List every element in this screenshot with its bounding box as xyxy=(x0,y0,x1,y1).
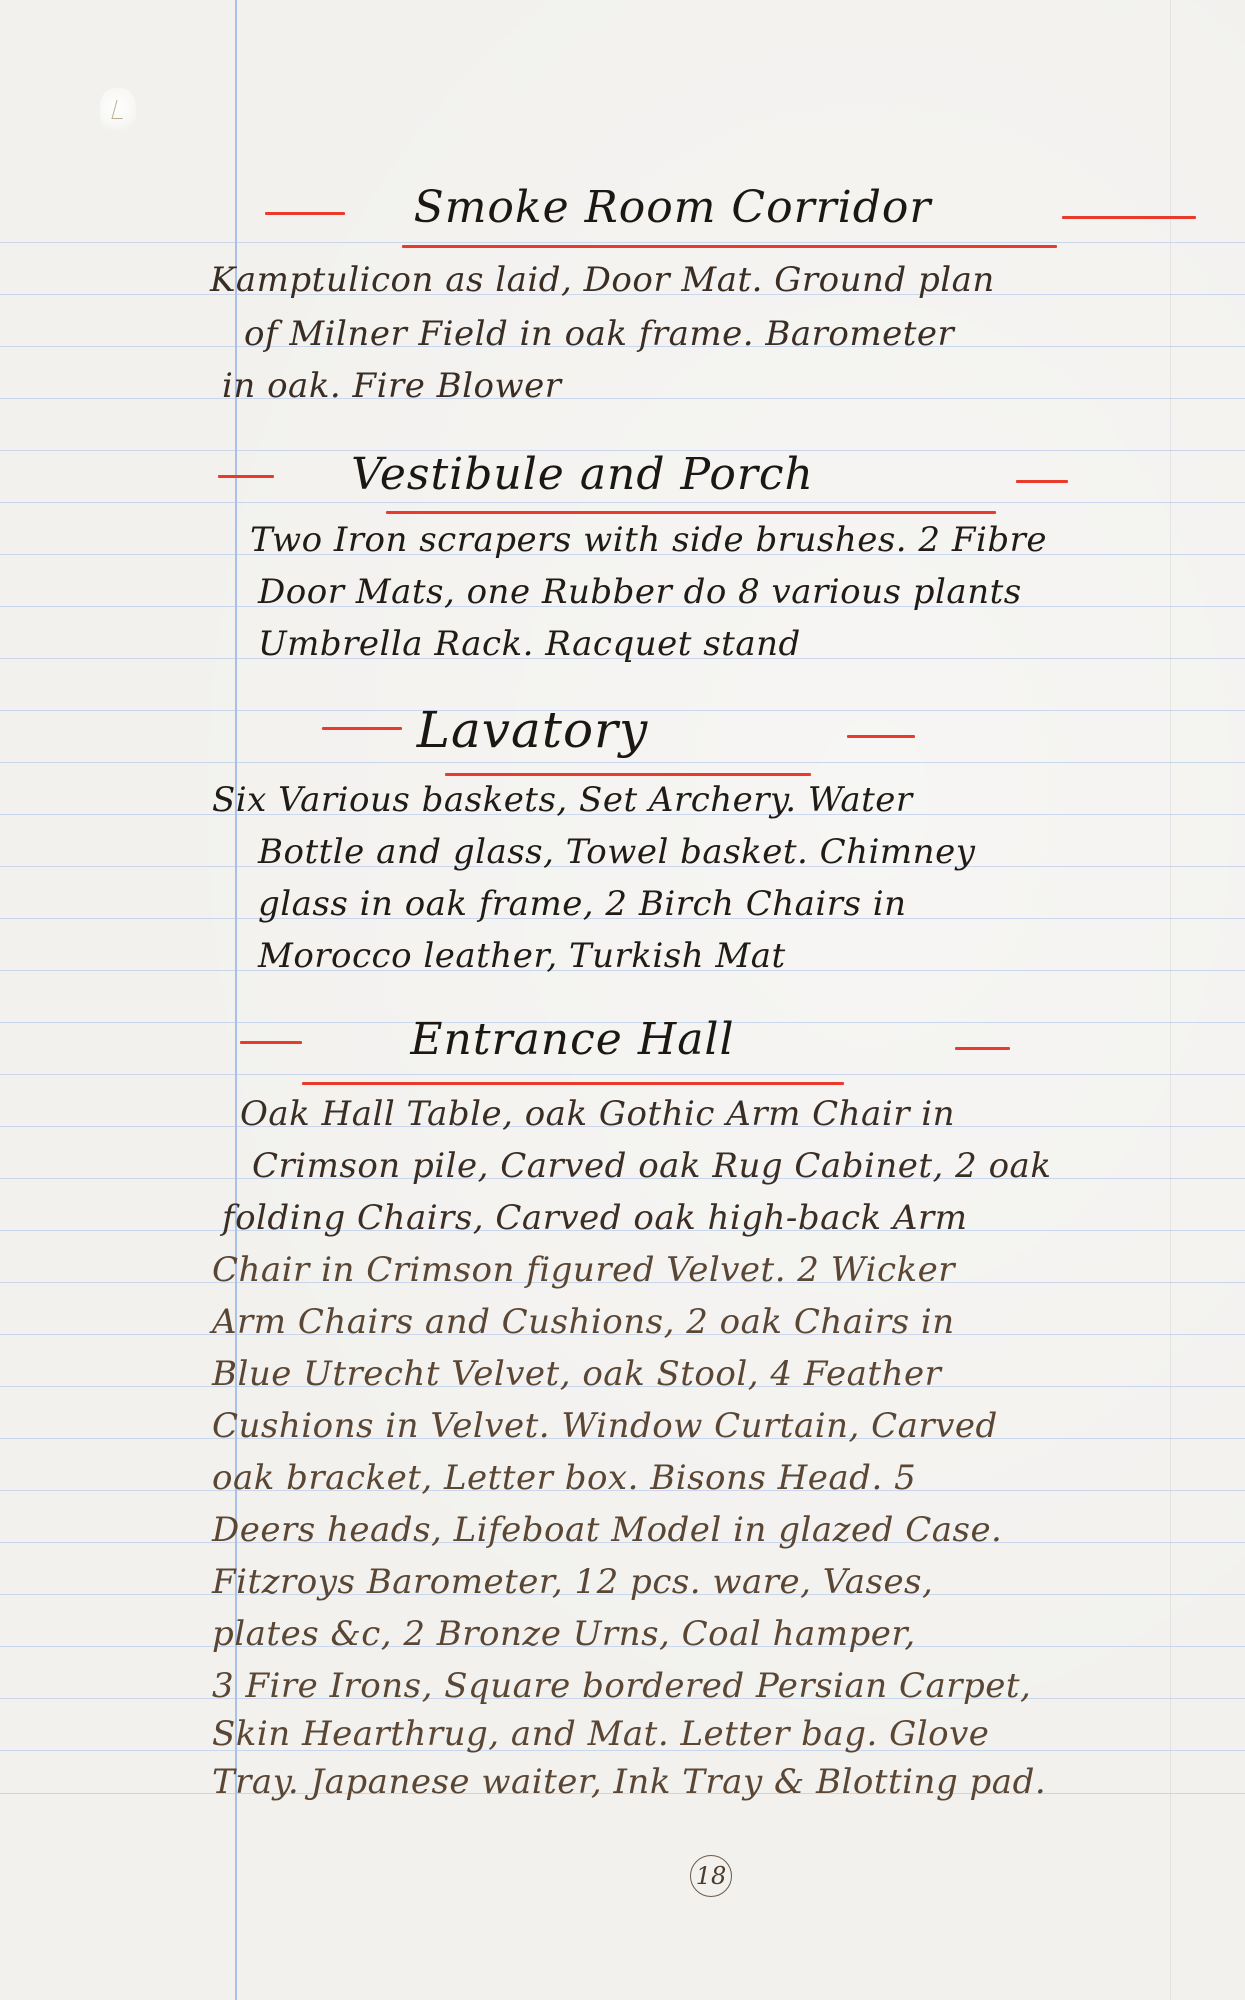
heading-red-rule-right xyxy=(847,735,915,738)
entry-line: Blue Utrecht Velvet, oak Stool, 4 Feathe… xyxy=(212,1352,941,1396)
entry-line: Morocco leather, Turkish Mat xyxy=(258,934,786,978)
entry-line: Bottle and glass, Towel basket. Chimney xyxy=(258,830,975,874)
section-heading-entrance-hall: Entrance Hall xyxy=(0,1010,1245,1090)
entry-line: Cushions in Velvet. Window Curtain, Carv… xyxy=(212,1404,998,1448)
entry-line: Two Iron scrapers with side brushes. 2 F… xyxy=(250,518,1047,562)
entry-line: Umbrella Rack. Racquet stand xyxy=(258,622,801,666)
entry-line: Deers heads, Lifeboat Model in glazed Ca… xyxy=(212,1508,1002,1552)
entry-line: Crimson pile, Carved oak Rug Cabinet, 2 … xyxy=(252,1144,1051,1188)
heading-title: Lavatory xyxy=(0,700,1155,760)
heading-red-rule-right xyxy=(955,1047,1010,1050)
heading-title: Vestibule and Porch xyxy=(0,445,1205,505)
page-fold-line xyxy=(1170,0,1171,2000)
heading-red-rule-right xyxy=(1062,216,1196,219)
entry-line: folding Chairs, Carved oak high-back Arm xyxy=(222,1196,967,1240)
entry-line: of Milner Field in oak frame. Barometer xyxy=(244,312,954,356)
heading-red-underline xyxy=(402,245,1057,248)
ledger-page: Smoke Room Corridor Kamptulicon as laid,… xyxy=(0,0,1245,2000)
section-heading-lavatory: Lavatory xyxy=(0,700,1245,780)
entry-line: Door Mats, one Rubber do 8 various plant… xyxy=(258,570,1022,614)
heading-title: Smoke Room Corridor xyxy=(50,178,1245,238)
entry-line: 3 Fire Irons, Square bordered Persian Ca… xyxy=(212,1664,1031,1708)
section-heading-vestibule-and-porch: Vestibule and Porch xyxy=(0,445,1245,525)
entry-line: Arm Chairs and Cushions, 2 oak Chairs in xyxy=(212,1300,955,1344)
heading-red-rule-right xyxy=(1016,480,1068,483)
entry-line: glass in oak frame, 2 Birch Chairs in xyxy=(258,882,907,926)
heading-red-underline xyxy=(386,511,996,514)
entry-line: Skin Hearthrug, and Mat. Letter bag. Glo… xyxy=(212,1712,989,1756)
heading-red-underline xyxy=(302,1082,844,1085)
entry-line: Six Various baskets, Set Archery. Water xyxy=(212,778,913,822)
entry-line: plates &c, 2 Bronze Urns, Coal hamper, xyxy=(212,1612,916,1656)
heading-red-underline xyxy=(445,773,811,776)
heading-title: Entrance Hall xyxy=(0,1010,1195,1070)
entry-line: Chair in Crimson figured Velvet. 2 Wicke… xyxy=(212,1248,955,1292)
page-number-circle: 18 xyxy=(690,1855,732,1897)
entry-line: Oak Hall Table, oak Gothic Arm Chair in xyxy=(240,1092,955,1136)
entry-line: Fitzroys Barometer, 12 pcs. ware, Vases, xyxy=(212,1560,933,1604)
entry-line: oak bracket, Letter box. Bisons Head. 5 xyxy=(212,1456,916,1500)
entry-line: in oak. Fire Blower xyxy=(222,364,562,408)
entry-line: Kamptulicon as laid, Door Mat. Ground pl… xyxy=(210,258,995,302)
entry-line: Tray. Japanese waiter, Ink Tray & Blotti… xyxy=(212,1760,1046,1804)
punch-hole-mark xyxy=(100,88,136,134)
section-heading-smoke-room-corridor: Smoke Room Corridor xyxy=(0,178,1245,258)
